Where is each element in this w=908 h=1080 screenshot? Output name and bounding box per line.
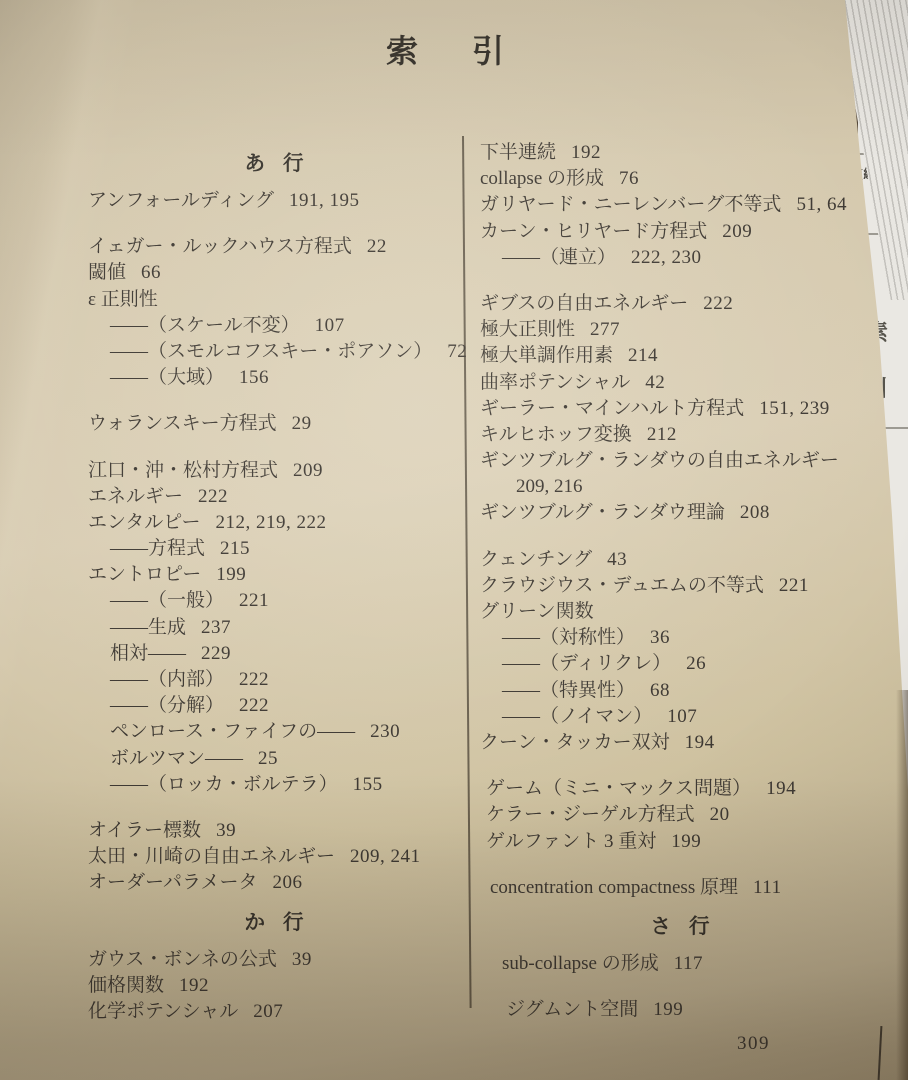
entry-term: ——（大域） bbox=[110, 367, 224, 388]
entry-pages: 209 bbox=[293, 460, 323, 481]
entry-pages: 29 bbox=[292, 413, 312, 434]
index-entry: キルヒホッフ変換212 bbox=[480, 422, 880, 448]
index-page-content: 索 引 あ行アンフォールディング191, 195イェガー・ルックハウス方程式22… bbox=[0, 0, 908, 1080]
entry-term: ギンツブルグ・ランダウ理論 bbox=[480, 502, 725, 523]
entry-term: ——（分解） bbox=[110, 695, 224, 716]
spacer bbox=[480, 527, 880, 547]
page-title: 索 引 bbox=[386, 26, 504, 72]
page-edge-line bbox=[878, 1026, 883, 1080]
entry-term: collapse の形成 bbox=[480, 168, 604, 189]
entry-term: ——（ディリクレ） bbox=[502, 653, 671, 674]
entry-pages: 199 bbox=[216, 564, 246, 585]
section-heading: あ行 bbox=[88, 149, 460, 179]
index-entry: 極大単調作用素214 bbox=[480, 343, 880, 369]
spacer bbox=[88, 391, 460, 411]
entry-term: カーン・ヒリヤード方程式 bbox=[480, 221, 707, 242]
index-entry: ——（分解）222 bbox=[88, 693, 460, 719]
entry-term: ガウス・ボンネの公式 bbox=[88, 949, 277, 970]
index-entry: concentration compactness 原理111 bbox=[480, 875, 880, 901]
entry-term: ガリヤード・ニーレンバーグ不等式 bbox=[480, 194, 781, 215]
index-entry: カーン・ヒリヤード方程式209 bbox=[480, 219, 880, 245]
entry-pages: 207 bbox=[253, 1001, 283, 1022]
entry-term: 209, 216 bbox=[516, 476, 583, 497]
entry-term: ゲーム（ミニ・マックス問題） bbox=[486, 778, 751, 799]
index-entry: グリーン関数 bbox=[480, 599, 880, 625]
entry-pages: 209 bbox=[722, 221, 752, 242]
section-heading-char: 行 bbox=[283, 908, 304, 938]
title-char: 索 bbox=[386, 26, 418, 72]
section-heading-char: か bbox=[245, 908, 266, 938]
index-entry: ——（スケール不変）107 bbox=[88, 313, 460, 339]
index-entry: 209, 216 bbox=[480, 474, 880, 500]
section-heading-char: 行 bbox=[283, 149, 304, 179]
entry-term: ジグムント空間 bbox=[506, 999, 638, 1020]
entry-term: 極大単調作用素 bbox=[480, 345, 613, 366]
entry-pages: 72 bbox=[447, 341, 467, 362]
index-entry: イェガー・ルックハウス方程式22 bbox=[88, 234, 460, 260]
entry-pages: 192 bbox=[571, 142, 601, 163]
entry-pages: 229 bbox=[201, 643, 231, 664]
entry-pages: 222, 230 bbox=[631, 247, 702, 268]
entry-term: 極大正則性 bbox=[480, 319, 575, 340]
entry-pages: 51, 64 bbox=[796, 194, 847, 215]
index-entry: オーダーパラメータ206 bbox=[88, 870, 460, 896]
index-entry: ペンロース・ファイフの——230 bbox=[88, 719, 460, 745]
column-divider bbox=[462, 136, 471, 1008]
entry-term: ペンロース・ファイフの—— bbox=[110, 721, 355, 742]
page-number: 309 bbox=[737, 1033, 770, 1055]
index-entry: ——（ロッカ・ボルテラ）155 bbox=[88, 772, 460, 798]
entry-term: concentration compactness 原理 bbox=[490, 877, 738, 898]
entry-pages: 222 bbox=[703, 293, 733, 314]
index-entry: ——生成237 bbox=[88, 615, 460, 641]
index-entry: オイラー標数39 bbox=[88, 818, 460, 844]
entry-pages: 155 bbox=[353, 774, 383, 795]
index-entry: ——（対称性）36 bbox=[480, 625, 880, 651]
entry-term: ウォランスキー方程式 bbox=[88, 413, 277, 434]
entry-pages: 39 bbox=[216, 820, 236, 841]
index-entry: アンフォールディング191, 195 bbox=[88, 188, 460, 214]
index-entry: ガウス・ボンネの公式39 bbox=[88, 947, 460, 973]
index-entry: エンタルピー212, 219, 222 bbox=[88, 510, 460, 536]
entry-term: ギーラー・マインハルト方程式 bbox=[480, 398, 744, 419]
entry-pages: 156 bbox=[239, 367, 269, 388]
index-entry: 価格関数192 bbox=[88, 973, 460, 999]
entry-term: 曲率ポテンシャル bbox=[480, 372, 630, 393]
index-entry: 閾値66 bbox=[88, 260, 460, 286]
entry-term: エントロピー bbox=[88, 564, 201, 585]
index-entry: collapse の形成76 bbox=[480, 166, 880, 192]
spacer bbox=[480, 855, 880, 875]
index-entry: ギンツブルグ・ランダウ理論208 bbox=[480, 500, 880, 526]
section-heading-char: さ bbox=[651, 912, 672, 942]
entry-term: イェガー・ルックハウス方程式 bbox=[88, 236, 352, 257]
entry-pages: 107 bbox=[667, 706, 697, 727]
entry-pages: 26 bbox=[686, 653, 706, 674]
entry-pages: 208 bbox=[740, 502, 770, 523]
entry-term: クラウジウス・デュエムの不等式 bbox=[480, 575, 764, 596]
entry-pages: 215 bbox=[220, 538, 250, 559]
entry-pages: 68 bbox=[650, 680, 670, 701]
spacer bbox=[480, 271, 880, 291]
section-heading: か行 bbox=[88, 908, 460, 938]
entry-term: ——（一般） bbox=[110, 590, 224, 611]
index-entry: ギンツブルグ・ランダウの自由エネルギー bbox=[480, 448, 880, 474]
index-entry: ケラー・ジーゲル方程式20 bbox=[480, 802, 880, 828]
section-heading: さ行 bbox=[480, 912, 880, 942]
section-heading-char: 行 bbox=[689, 912, 710, 942]
entry-pages: 222 bbox=[198, 486, 228, 507]
index-entry: クラウジウス・デュエムの不等式221 bbox=[480, 573, 880, 599]
entry-term: 閾値 bbox=[88, 262, 126, 283]
entry-pages: 199 bbox=[671, 831, 701, 852]
index-entry: エネルギー222 bbox=[88, 484, 460, 510]
index-entry: クェンチング43 bbox=[480, 547, 880, 573]
entry-term: 下半連続 bbox=[480, 142, 556, 163]
entry-term: 江口・沖・松村方程式 bbox=[88, 460, 278, 481]
entry-term: グリーン関数 bbox=[480, 601, 594, 622]
index-entry: ギブスの自由エネルギー222 bbox=[480, 291, 880, 317]
index-entry: ——（連立）222, 230 bbox=[480, 245, 880, 271]
right-edge-shadow bbox=[896, 690, 908, 1080]
entry-term: ——（スモルコフスキー・ポアソン） bbox=[110, 341, 432, 362]
entry-pages: 36 bbox=[650, 627, 670, 648]
entry-pages: 117 bbox=[674, 953, 703, 974]
entry-term: アンフォールディング bbox=[88, 190, 274, 211]
entry-term: ギブスの自由エネルギー bbox=[480, 293, 688, 314]
entry-term: ゲルファント 3 重対 bbox=[486, 831, 656, 852]
right-column: 下半連続192collapse の形成76ガリヤード・ニーレンバーグ不等式51,… bbox=[480, 140, 880, 1023]
entry-term: sub-collapse の形成 bbox=[502, 953, 659, 974]
index-entry: 化学ポテンシャル207 bbox=[88, 999, 460, 1025]
index-entry: 極大正則性277 bbox=[480, 317, 880, 343]
entry-pages: 194 bbox=[766, 778, 796, 799]
index-entry: クーン・タッカー双対194 bbox=[480, 730, 880, 756]
entry-term: 太田・川崎の自由エネルギー bbox=[88, 846, 335, 867]
entry-pages: 43 bbox=[607, 549, 627, 570]
spacer bbox=[88, 798, 460, 818]
entry-term: ——（ノイマン） bbox=[502, 706, 652, 727]
index-entry: ——（ノイマン）107 bbox=[480, 704, 880, 730]
entry-pages: 107 bbox=[315, 315, 345, 336]
entry-term: オーダーパラメータ bbox=[88, 872, 257, 893]
section-heading-char: あ bbox=[245, 149, 266, 179]
index-entry: ガリヤード・ニーレンバーグ不等式51, 64 bbox=[480, 192, 880, 218]
entry-term: ——方程式 bbox=[110, 538, 205, 559]
entry-pages: 277 bbox=[590, 319, 620, 340]
book-photo: [編集] 素 引 索 引 あ行アンフォールディング191, 195イェガー・ルッ… bbox=[0, 0, 908, 1080]
entry-pages: 222 bbox=[239, 695, 269, 716]
entry-pages: 42 bbox=[645, 372, 665, 393]
entry-pages: 20 bbox=[710, 804, 730, 825]
entry-pages: 221 bbox=[779, 575, 809, 596]
entry-pages: 39 bbox=[292, 949, 312, 970]
entry-term: ケラー・ジーゲル方程式 bbox=[486, 804, 695, 825]
entry-pages: 194 bbox=[685, 732, 715, 753]
index-entry: ——（ディリクレ）26 bbox=[480, 651, 880, 677]
entry-term: ——（特異性） bbox=[502, 680, 635, 701]
index-entry: 下半連続192 bbox=[480, 140, 880, 166]
entry-term: エネルギー bbox=[88, 486, 183, 507]
index-entry: ゲーム（ミニ・マックス問題）194 bbox=[480, 776, 880, 802]
entry-pages: 230 bbox=[370, 721, 400, 742]
title-char: 引 bbox=[472, 26, 504, 72]
entry-pages: 66 bbox=[141, 262, 161, 283]
index-entry: ギーラー・マインハルト方程式151, 239 bbox=[480, 396, 880, 422]
entry-pages: 212 bbox=[647, 424, 677, 445]
spacer bbox=[88, 214, 460, 234]
entry-term: 価格関数 bbox=[88, 975, 164, 996]
index-entry: ——（大域）156 bbox=[88, 365, 460, 391]
entry-term: 化学ポテンシャル bbox=[88, 1001, 238, 1022]
entry-pages: 214 bbox=[628, 345, 658, 366]
entry-term: ギンツブルグ・ランダウの自由エネルギー bbox=[480, 450, 839, 471]
entry-term: ——生成 bbox=[110, 617, 186, 638]
index-entry: ε 正則性 bbox=[88, 287, 460, 313]
index-entry: ボルツマン——25 bbox=[88, 746, 460, 772]
entry-pages: 192 bbox=[179, 975, 209, 996]
index-entry: 相対——229 bbox=[88, 641, 460, 667]
spacer bbox=[480, 977, 880, 997]
index-entry: 曲率ポテンシャル42 bbox=[480, 370, 880, 396]
entry-term: オイラー標数 bbox=[88, 820, 201, 841]
index-entry: エントロピー199 bbox=[88, 562, 460, 588]
index-entry: 太田・川崎の自由エネルギー209, 241 bbox=[88, 844, 460, 870]
entry-pages: 199 bbox=[653, 999, 683, 1020]
entry-term: キルヒホッフ変換 bbox=[480, 424, 632, 445]
entry-term: ε 正則性 bbox=[88, 289, 158, 310]
left-column: あ行アンフォールディング191, 195イェガー・ルックハウス方程式22閾値66… bbox=[88, 138, 460, 1025]
index-entry: sub-collapse の形成117 bbox=[480, 951, 880, 977]
index-entry: ゲルファント 3 重対199 bbox=[480, 829, 880, 855]
index-entry: ——（内部）222 bbox=[88, 667, 460, 693]
entry-pages: 209, 241 bbox=[350, 846, 421, 867]
entry-term: ——（内部） bbox=[110, 669, 224, 690]
entry-term: エンタルピー bbox=[88, 512, 200, 533]
entry-pages: 212, 219, 222 bbox=[215, 512, 326, 533]
index-entry: ——（スモルコフスキー・ポアソン）72 bbox=[88, 339, 460, 365]
index-entry: 江口・沖・松村方程式209 bbox=[88, 458, 460, 484]
entry-pages: 151, 239 bbox=[759, 398, 830, 419]
index-entry: ウォランスキー方程式29 bbox=[88, 411, 460, 437]
entry-pages: 111 bbox=[753, 877, 782, 898]
entry-term: クーン・タッカー双対 bbox=[480, 732, 670, 753]
index-entry: ——（特異性）68 bbox=[480, 678, 880, 704]
entry-pages: 222 bbox=[239, 669, 269, 690]
entry-pages: 22 bbox=[367, 236, 387, 257]
entry-term: ——（連立） bbox=[502, 247, 616, 268]
spacer bbox=[480, 756, 880, 776]
entry-pages: 221 bbox=[239, 590, 269, 611]
entry-term: ボルツマン—— bbox=[110, 748, 243, 769]
entry-term: ——（対称性） bbox=[502, 627, 635, 648]
entry-pages: 25 bbox=[258, 748, 278, 769]
spacer bbox=[88, 438, 460, 458]
entry-pages: 191, 195 bbox=[289, 190, 360, 211]
entry-term: ——（スケール不変） bbox=[110, 315, 300, 336]
entry-term: ——（ロッカ・ボルテラ） bbox=[110, 774, 338, 795]
entry-pages: 76 bbox=[619, 168, 639, 189]
index-entry: ——（一般）221 bbox=[88, 588, 460, 614]
entry-pages: 206 bbox=[272, 872, 302, 893]
index-entry: ——方程式215 bbox=[88, 536, 460, 562]
entry-pages: 237 bbox=[201, 617, 231, 638]
entry-term: 相対—— bbox=[110, 643, 186, 664]
index-entry: ジグムント空間199 bbox=[480, 997, 880, 1023]
entry-term: クェンチング bbox=[480, 549, 592, 570]
